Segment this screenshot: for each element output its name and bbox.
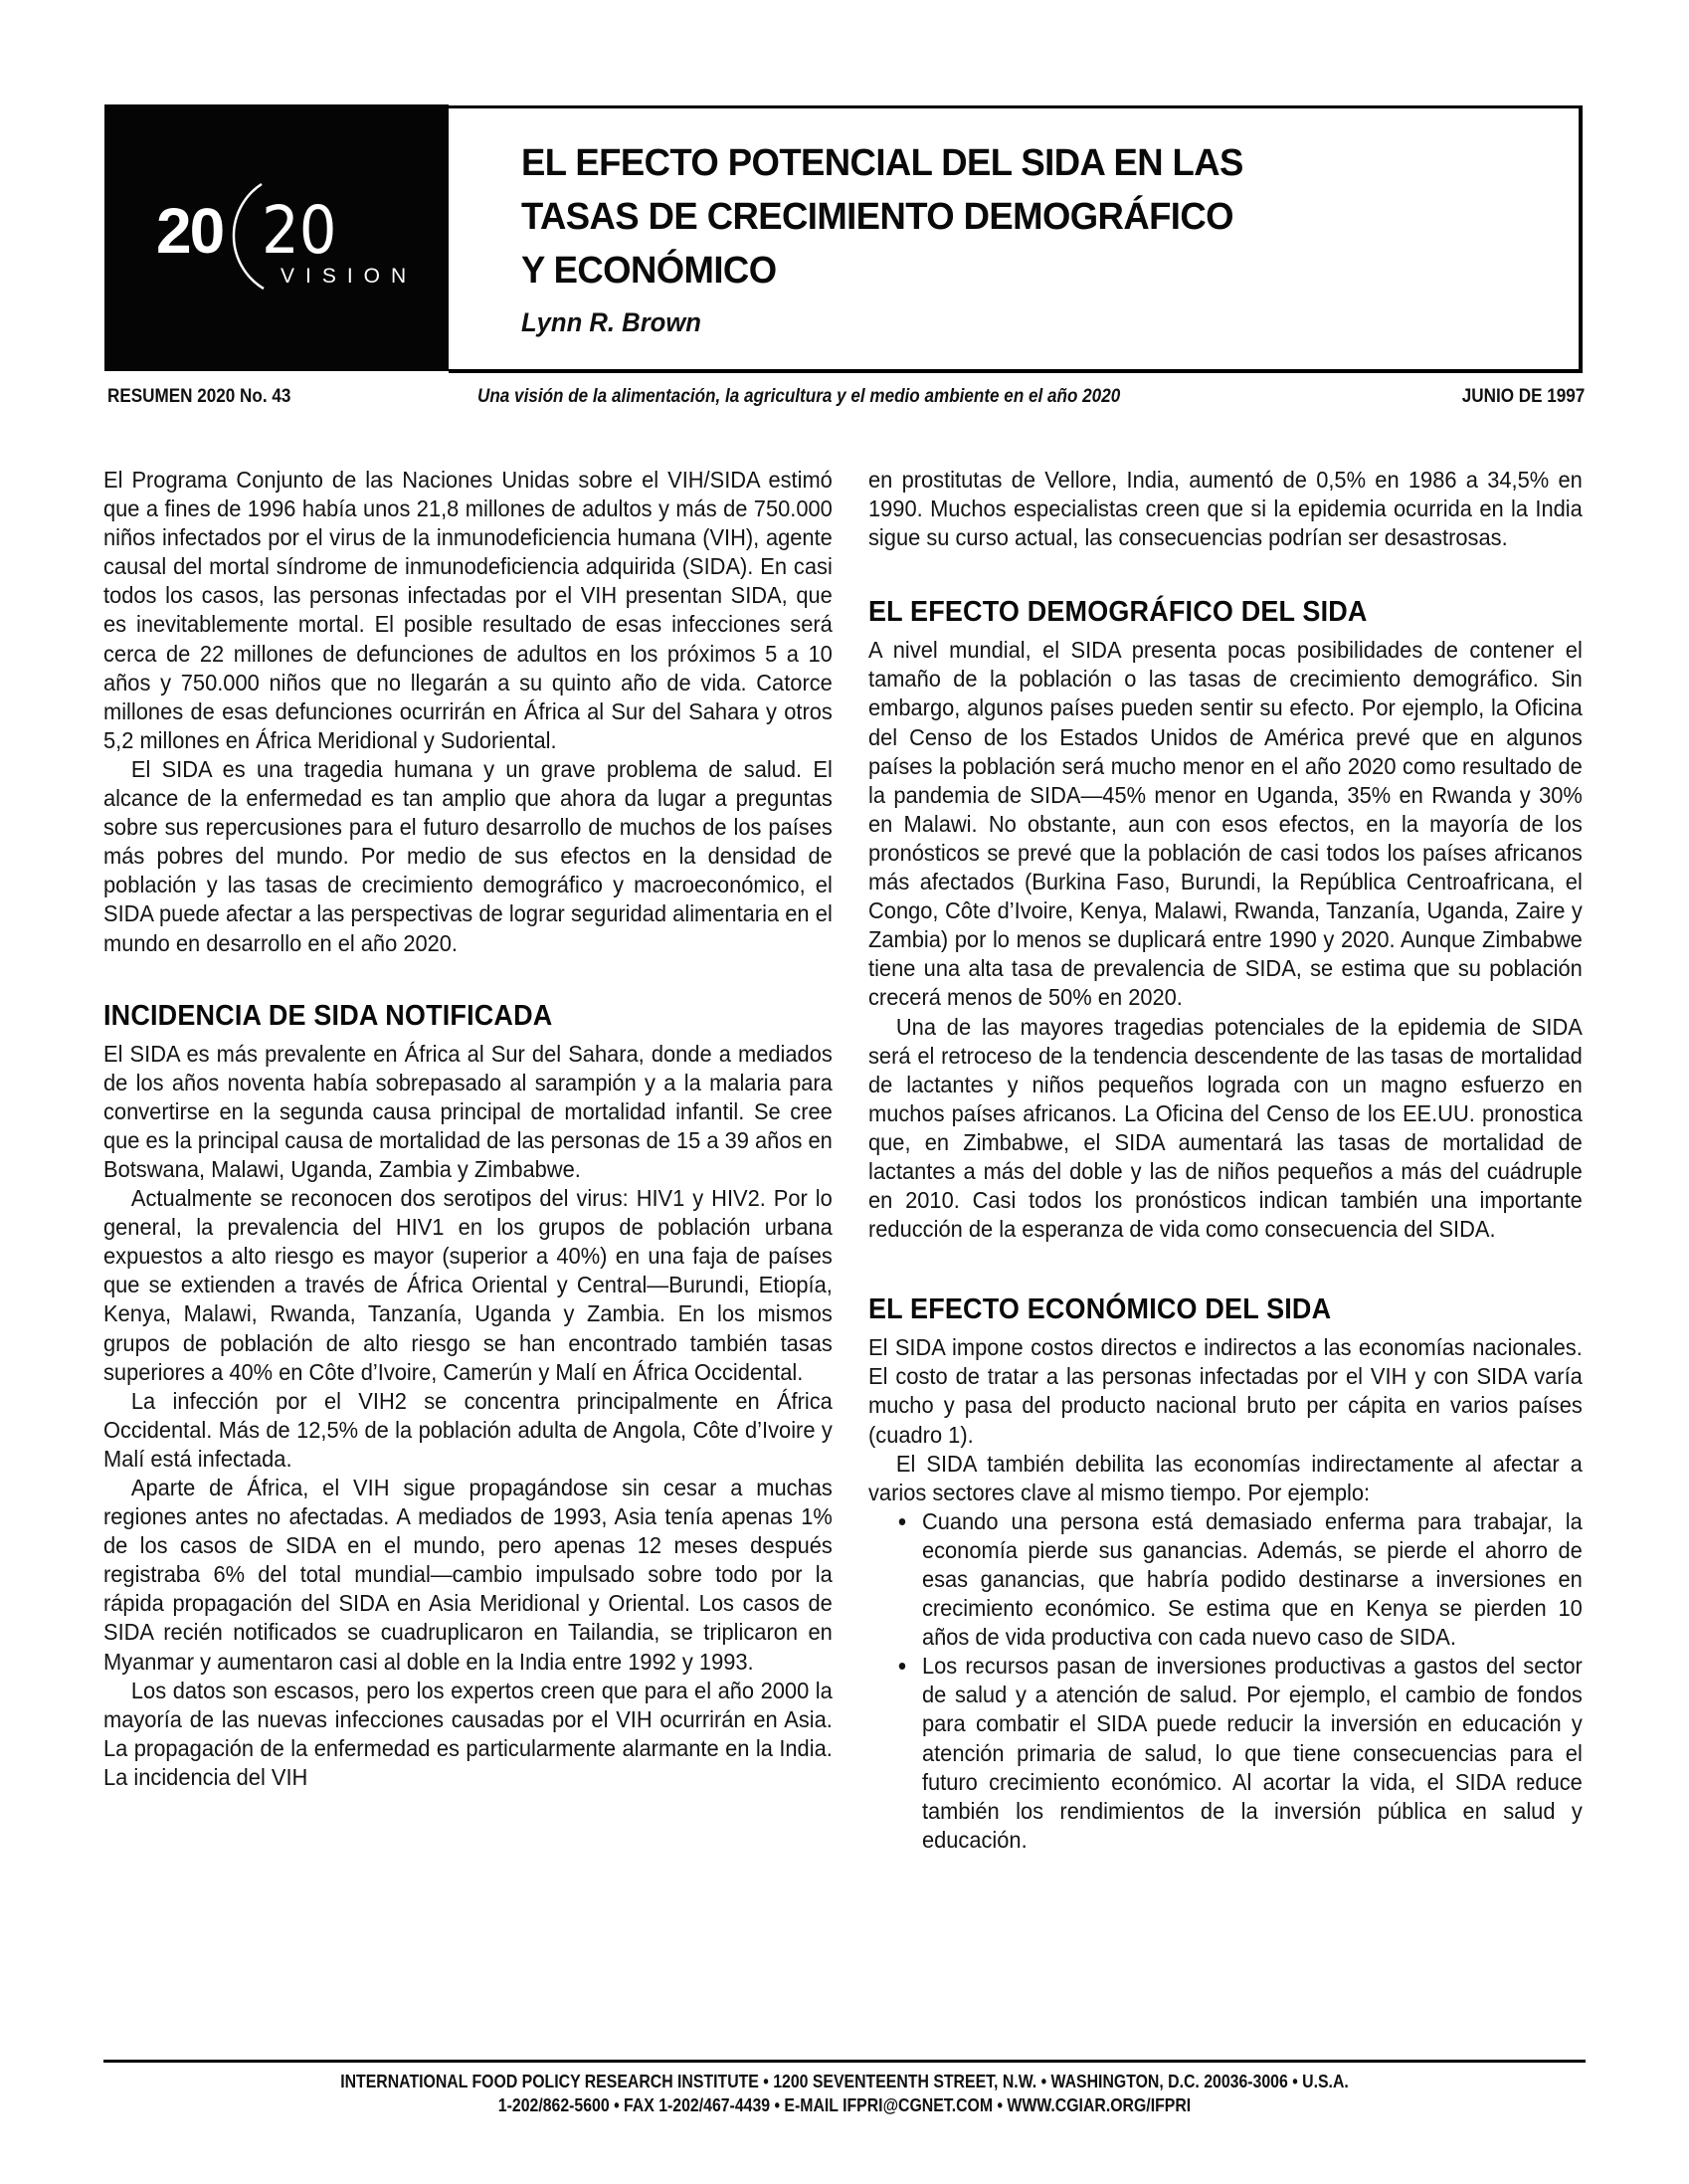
bullet-item: Cuando una persona está demasiado enferm… — [922, 1507, 1583, 1652]
left-column: El Programa Conjunto de las Naciones Uni… — [103, 466, 833, 1792]
section-heading-incidencia: INCIDENCIA DE SIDA NOTIFICADA — [103, 998, 833, 1034]
logo-number-bold: 20 — [156, 199, 223, 263]
paragraph: El SIDA es una tragedia humana y un grav… — [103, 755, 833, 958]
document-title: EL EFECTO POTENCIAL DEL SIDA EN LAS TASA… — [521, 136, 1243, 298]
footer: INTERNATIONAL FOOD POLICY RESEARCH INSTI… — [103, 2070, 1586, 2117]
paragraph: El Programa Conjunto de las Naciones Uni… — [103, 466, 833, 755]
paragraph: Los datos son escasos, pero los expertos… — [103, 1677, 833, 1792]
paragraph: Actualmente se reconocen dos serotipos d… — [103, 1184, 833, 1387]
title-line: Y ECONÓMICO — [521, 244, 1243, 298]
paragraph: en prostitutas de Vellore, India, aument… — [868, 466, 1583, 552]
bullet-item: Los recursos pasan de inversiones produc… — [922, 1652, 1583, 1855]
paragraph: El SIDA es más prevalente en África al S… — [103, 1040, 833, 1184]
footer-contact: 1-202/862-5600 • FAX 1-202/467-4439 • E-… — [192, 2093, 1496, 2117]
meta-line: RESUMEN 2020 No. 43 Una visión de la ali… — [107, 386, 1590, 416]
bullet-list: Cuando una persona está demasiado enferm… — [868, 1507, 1583, 1855]
paragraph: El SIDA también debilita las economías i… — [868, 1450, 1583, 1507]
series-tagline: Una visión de la alimentación, la agricu… — [477, 386, 1120, 408]
paragraph: Una de las mayores tragedias potenciales… — [868, 1013, 1583, 1245]
2020-vision-logo: 20 20 VISION — [104, 104, 449, 371]
paragraph: El SIDA impone costos directos e indirec… — [868, 1333, 1583, 1449]
paragraph: Aparte de África, el VIH sigue propagánd… — [103, 1474, 833, 1677]
logo-number-thin: 20 — [262, 199, 337, 263]
logo-wordmark: VISION — [281, 266, 417, 288]
publication-date: JUNIO DE 1997 — [1461, 386, 1585, 408]
footer-address: INTERNATIONAL FOOD POLICY RESEARCH INSTI… — [192, 2070, 1496, 2093]
series-number: RESUMEN 2020 No. 43 — [107, 386, 290, 408]
footer-divider — [103, 2060, 1586, 2063]
section-heading-demografico: EL EFECTO DEMOGRÁFICO DEL SIDA — [868, 594, 1583, 630]
section-heading-economico: EL EFECTO ECONÓMICO DEL SIDA — [868, 1291, 1583, 1327]
title-box: EL EFECTO POTENCIAL DEL SIDA EN LAS TASA… — [449, 105, 1583, 373]
paragraph: A nivel mundial, el SIDA presenta pocas … — [868, 636, 1583, 1012]
right-column: en prostitutas de Vellore, India, aument… — [868, 466, 1583, 1855]
title-line: TASAS DE CRECIMIENTO DEMOGRÁFICO — [521, 190, 1243, 244]
paragraph: La infección por el VIH2 se concentra pr… — [103, 1387, 833, 1474]
title-line: EL EFECTO POTENCIAL DEL SIDA EN LAS — [521, 136, 1243, 190]
author-name: Lynn R. Brown — [521, 307, 701, 338]
